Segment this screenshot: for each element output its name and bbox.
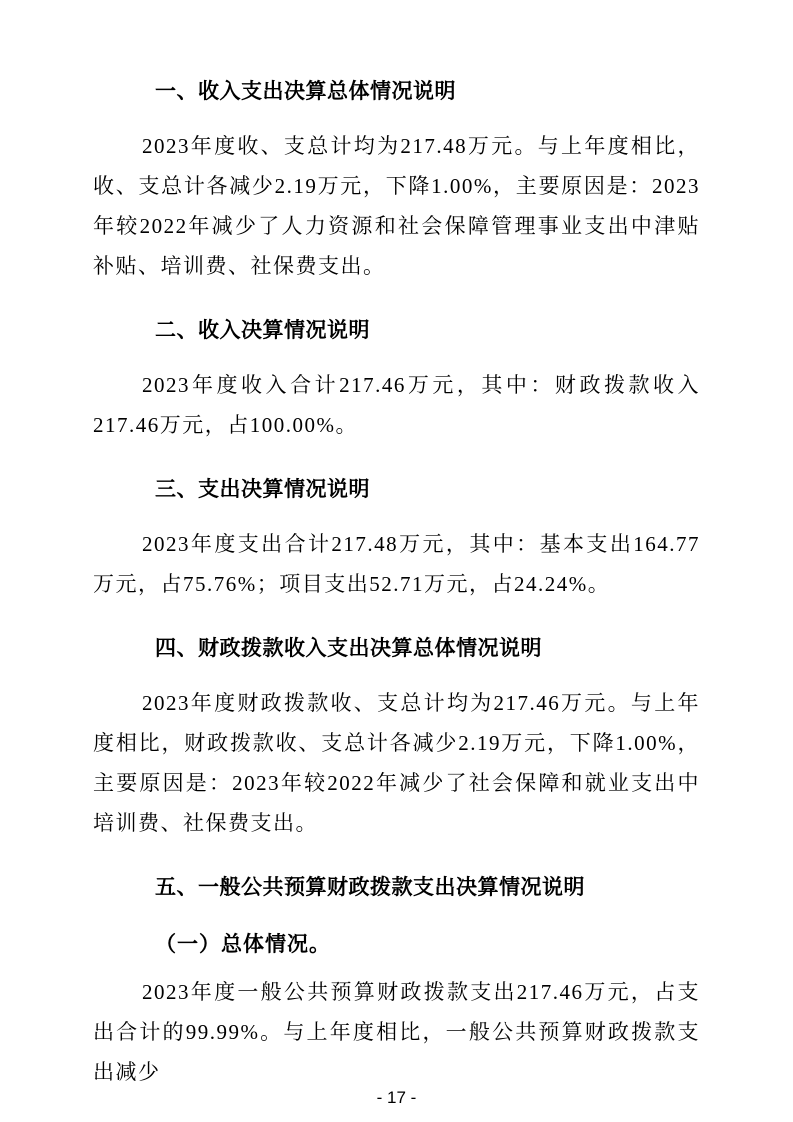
section-paragraph-4: 2023年度财政拨款收、支总计均为217.46万元。与上年度相比，财政拨款收、支… bbox=[93, 683, 700, 843]
section-heading-5: 五、一般公共预算财政拨款支出决算情况说明 bbox=[93, 874, 700, 902]
document-page: 一、收入支出决算总体情况说明 2023年度收、支总计均为217.48万元。与上年… bbox=[0, 0, 793, 1122]
section-heading-1: 一、收入支出决算总体情况说明 bbox=[93, 78, 700, 106]
section-heading-3: 三、支出决算情况说明 bbox=[93, 476, 700, 504]
section-heading-2: 二、收入决算情况说明 bbox=[93, 317, 700, 345]
section-public-budget-expenditure: 五、一般公共预算财政拨款支出决算情况说明 （一）总体情况。 2023年度一般公共… bbox=[93, 874, 700, 1092]
section-paragraph-5: 2023年度一般公共预算财政拨款支出217.46万元，占支出合计的99.99%。… bbox=[93, 972, 700, 1092]
section-income-expenditure-overview: 一、收入支出决算总体情况说明 2023年度收、支总计均为217.48万元。与上年… bbox=[93, 78, 700, 286]
subsection-heading-overall-situation: （一）总体情况。 bbox=[93, 930, 700, 958]
section-fiscal-appropriation-overview: 四、财政拨款收入支出决算总体情况说明 2023年度财政拨款收、支总计均为217.… bbox=[93, 635, 700, 843]
section-heading-4: 四、财政拨款收入支出决算总体情况说明 bbox=[93, 635, 700, 663]
section-paragraph-3: 2023年度支出合计217.48万元，其中：基本支出164.77万元，占75.7… bbox=[93, 524, 700, 604]
section-expenditure-statement: 三、支出决算情况说明 2023年度支出合计217.48万元，其中：基本支出164… bbox=[93, 476, 700, 604]
page-number: - 17 - bbox=[0, 1088, 793, 1108]
section-paragraph-1: 2023年度收、支总计均为217.48万元。与上年度相比，收、支总计各减少2.1… bbox=[93, 126, 700, 286]
section-paragraph-2: 2023年度收入合计217.46万元，其中：财政拨款收入217.46万元，占10… bbox=[93, 365, 700, 445]
section-income-statement: 二、收入决算情况说明 2023年度收入合计217.46万元，其中：财政拨款收入2… bbox=[93, 317, 700, 445]
